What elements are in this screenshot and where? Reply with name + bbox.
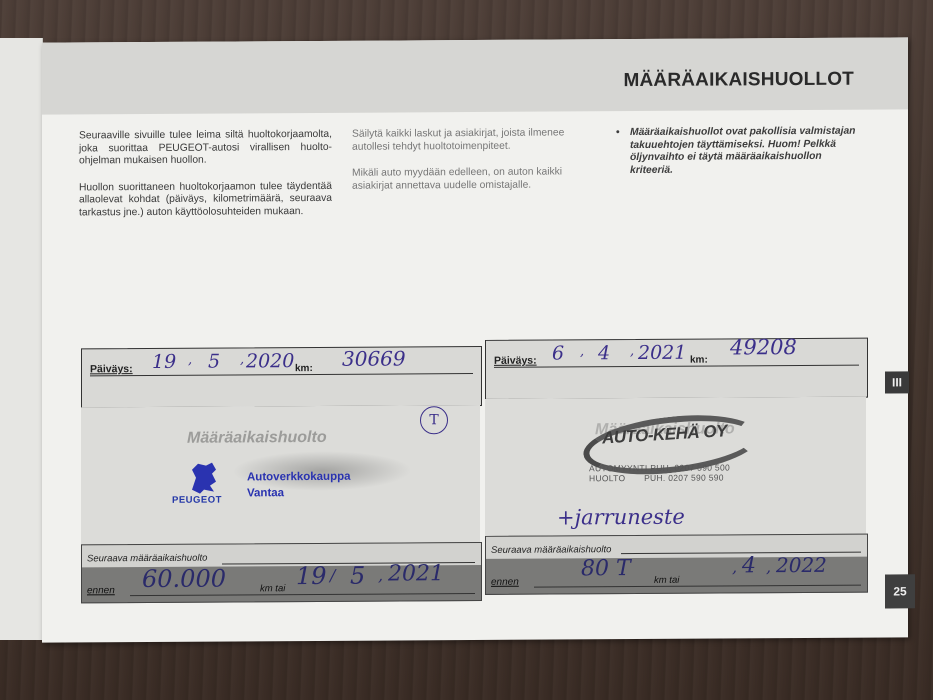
- intro-paragraph: Säilytä kaikki laskut ja asiakirjat, joi…: [352, 127, 602, 154]
- handwritten-next-km: 80 T: [581, 556, 631, 581]
- service-record-1-next-service: Seuraava määräaikaishuolto ennen 60.000 …: [81, 542, 482, 603]
- handwritten-km: 30669: [342, 346, 406, 370]
- stamp-area-label: Määräaikaishuolto: [187, 429, 327, 448]
- handwritten-next-year: 2022: [776, 553, 827, 577]
- handwritten-next-month: 5: [350, 562, 365, 590]
- service-record-2-next-service: Seuraava määräaikaishuolto ennen 80 T km…: [485, 534, 868, 595]
- handwritten-next-year: 2021: [388, 561, 444, 586]
- date-separator: ,: [240, 352, 244, 367]
- page-title: MÄÄRÄAIKAISHUOLLOT: [623, 69, 854, 92]
- left-page-edge: [0, 38, 43, 640]
- handwritten-day: 19: [152, 351, 176, 373]
- before-label: ennen: [491, 577, 519, 588]
- peugeot-brand-text: PEUGEOT: [172, 495, 222, 506]
- intro-paragraph: Huollon suorittaneen huoltokorjaamon tul…: [79, 181, 332, 220]
- handwritten-next-km: 60.000: [142, 565, 226, 594]
- date-label: Päiväys:: [90, 363, 133, 375]
- intro-column-1: Seuraaville sivuille tulee leima siltä h…: [79, 129, 332, 234]
- intro-column-2: Säilytä kaikki laskut ja asiakirjat, joi…: [352, 127, 602, 207]
- handwritten-next-day: 19: [296, 562, 327, 590]
- bullet-icon: •: [616, 127, 620, 140]
- next-service-label: Seuraava määräaikaishuolto: [87, 553, 207, 565]
- header-band: MÄÄRÄAIKAISHUOLLOT: [42, 37, 908, 114]
- service-record-1-date-box: Päiväys: 19 , 5 , 2020 km: 30669: [81, 346, 482, 408]
- page-number: 25: [885, 574, 915, 608]
- km-label: km:: [295, 363, 313, 374]
- handwritten-mark: T: [420, 406, 448, 434]
- section-tab: III: [885, 371, 909, 393]
- intro-column-3-note: • Määräaikaishuollot ovat pakollisia val…: [616, 126, 861, 178]
- warranty-note: Määräaikaishuollot ovat pakollisia valmi…: [630, 126, 861, 178]
- handwritten-next-month: 4: [742, 553, 756, 578]
- dealer-city: Vantaa: [247, 487, 284, 499]
- next-service-label: Seuraava määräaikaishuolto: [491, 544, 611, 556]
- km-label: km:: [690, 355, 708, 366]
- date-label: Päiväys:: [494, 355, 537, 367]
- intro-paragraph: Mikäli auto myydään edelleen, on auton k…: [352, 166, 602, 193]
- handwritten-km: 49208: [730, 335, 797, 359]
- handwritten-year: 2021: [638, 342, 686, 364]
- before-label: ennen: [87, 585, 115, 596]
- km-or-label: km tai: [260, 583, 285, 594]
- handwritten-month: 4: [598, 342, 610, 364]
- km-or-label: km tai: [654, 575, 679, 586]
- date-separator: ,: [188, 353, 192, 368]
- service-record-2-date-box: Päiväys: 6 , 4 , 2021 km: 49208: [485, 338, 868, 400]
- handwritten-month: 5: [208, 351, 220, 373]
- handwritten-day: 6: [552, 342, 564, 364]
- handwritten-note: +jarruneste: [557, 505, 685, 530]
- manual-page: MÄÄRÄAIKAISHUOLLOT Seuraaville sivuille …: [42, 37, 908, 642]
- handwritten-year: 2020: [246, 350, 294, 372]
- date-line: Päiväys: 6 , 4 , 2021 km: 49208: [494, 345, 859, 368]
- intro-paragraph: Seuraaville sivuille tulee leima siltä h…: [79, 129, 332, 168]
- service-phone: HUOLTO PUH. 0207 590 590: [589, 472, 724, 483]
- dealer-name: Autoverkkokauppa: [247, 471, 351, 484]
- date-line: Päiväys: 19 , 5 , 2020 km: 30669: [90, 353, 473, 376]
- peugeot-lion-icon: [186, 460, 222, 496]
